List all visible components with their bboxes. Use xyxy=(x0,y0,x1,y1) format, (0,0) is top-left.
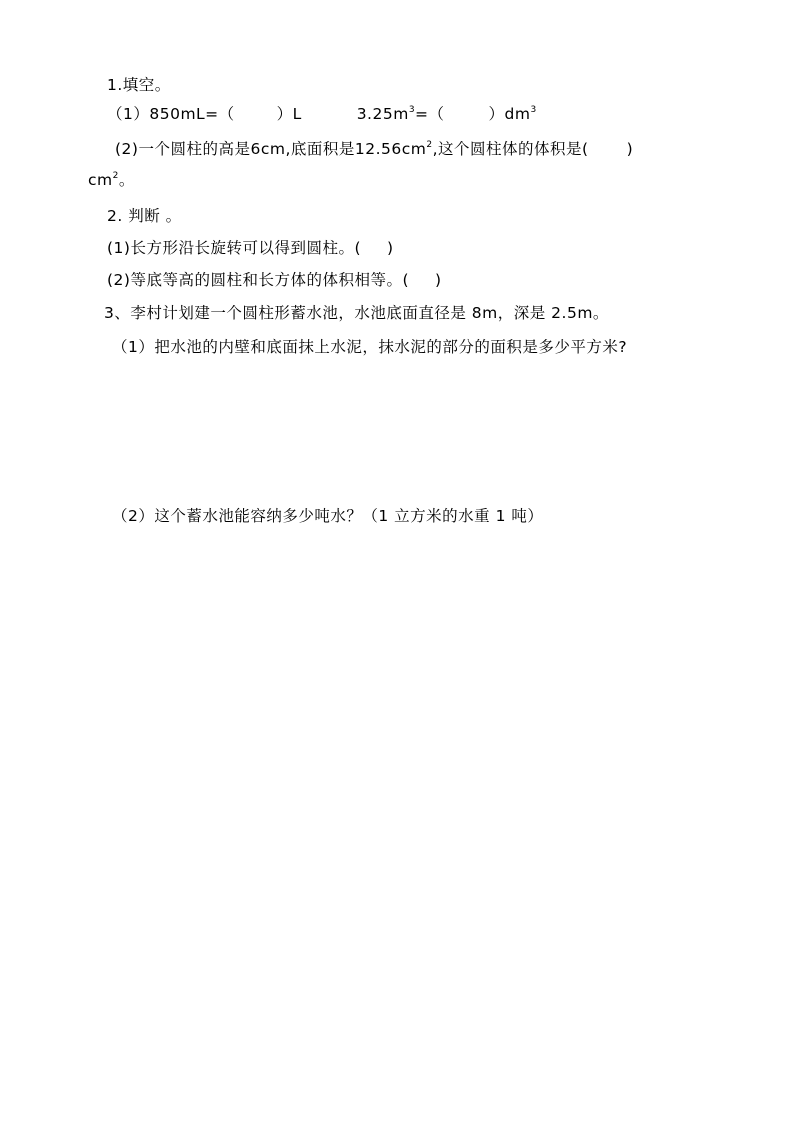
q1-part2-mid: =（ xyxy=(415,105,445,123)
q1-prefix: （1）850mL=（ xyxy=(107,105,235,123)
q2-text-c: ) xyxy=(627,140,634,158)
judgment-item-2: (2)等底等高的圆柱和长方体的体积相等。() xyxy=(107,270,442,290)
judgment-text-2: (2)等底等高的圆柱和长方体的体积相等。( xyxy=(107,271,409,289)
answer-space-q2[interactable] xyxy=(112,530,712,730)
section3-q2: （2）这个蓄水池能容纳多少吨水？（1 立方米的水重 1 吨） xyxy=(112,506,543,526)
q2-line2-end: 。 xyxy=(119,171,135,189)
answer-space-q1[interactable] xyxy=(112,360,712,495)
judgment-item-1: (1)长方形沿长旋转可以得到圆柱。() xyxy=(107,238,394,258)
q1-part2-prefix: 3.25m xyxy=(357,105,409,123)
section1-q1: （1）850mL=（）L 3.25m3=（）dm3 xyxy=(107,104,537,124)
section2-heading: 2. 判断 。 xyxy=(107,206,182,226)
section3-q1: （1）把水池的内壁和底面抹上水泥，抹水泥的部分的面积是多少平方米? xyxy=(112,337,627,357)
q1-part2-suffix-sup: 3 xyxy=(531,105,537,115)
q2-text-a: (2)一个圆柱的高是6cm,底面积是12.56cm xyxy=(115,140,426,158)
section3-heading: 3、李村计划建一个圆柱形蓄水池，水池底面直径是 8m，深是 2.5m。 xyxy=(104,303,609,323)
q2-line2-text: cm xyxy=(88,171,113,189)
judgment-close-2: ) xyxy=(435,271,442,289)
q1-suffix: ）L xyxy=(277,105,302,123)
q2-text-b: ,这个圆柱体的体积是( xyxy=(433,140,589,158)
q1-part2-suffix: ）dm xyxy=(489,105,531,123)
section1-heading: 1.填空。 xyxy=(107,75,171,95)
judgment-text-1: (1)长方形沿长旋转可以得到圆柱。( xyxy=(107,239,361,257)
judgment-close-1: ) xyxy=(387,239,394,257)
section1-q2-line2: cm2。 xyxy=(88,170,135,190)
section1-q2: (2)一个圆柱的高是6cm,底面积是12.56cm2,这个圆柱体的体积是() xyxy=(115,139,633,159)
